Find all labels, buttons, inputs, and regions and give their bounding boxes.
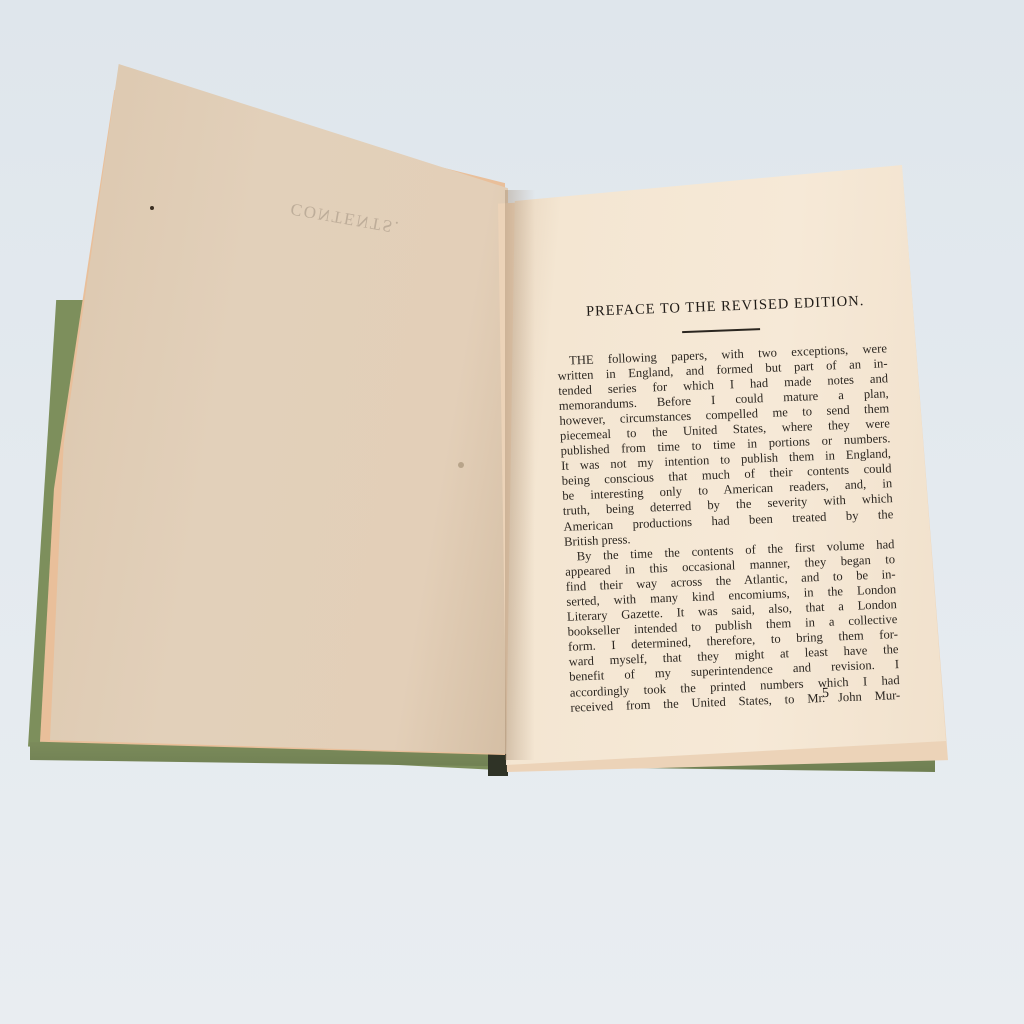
page-gutter-shadow <box>505 190 535 760</box>
page-number: 5 <box>822 686 830 702</box>
foxing-spot <box>458 462 464 468</box>
left-page <box>50 64 508 754</box>
ink-spot <box>150 206 154 210</box>
heading-rule <box>682 328 760 332</box>
preface-text-block: PREFACE TO THE REVISED EDITION. THE foll… <box>555 292 901 715</box>
preface-body: THE following papers, with two exception… <box>557 341 901 716</box>
book-photo: CONTENTS. PREFACE TO THE REVISED EDITION… <box>0 0 1024 1024</box>
